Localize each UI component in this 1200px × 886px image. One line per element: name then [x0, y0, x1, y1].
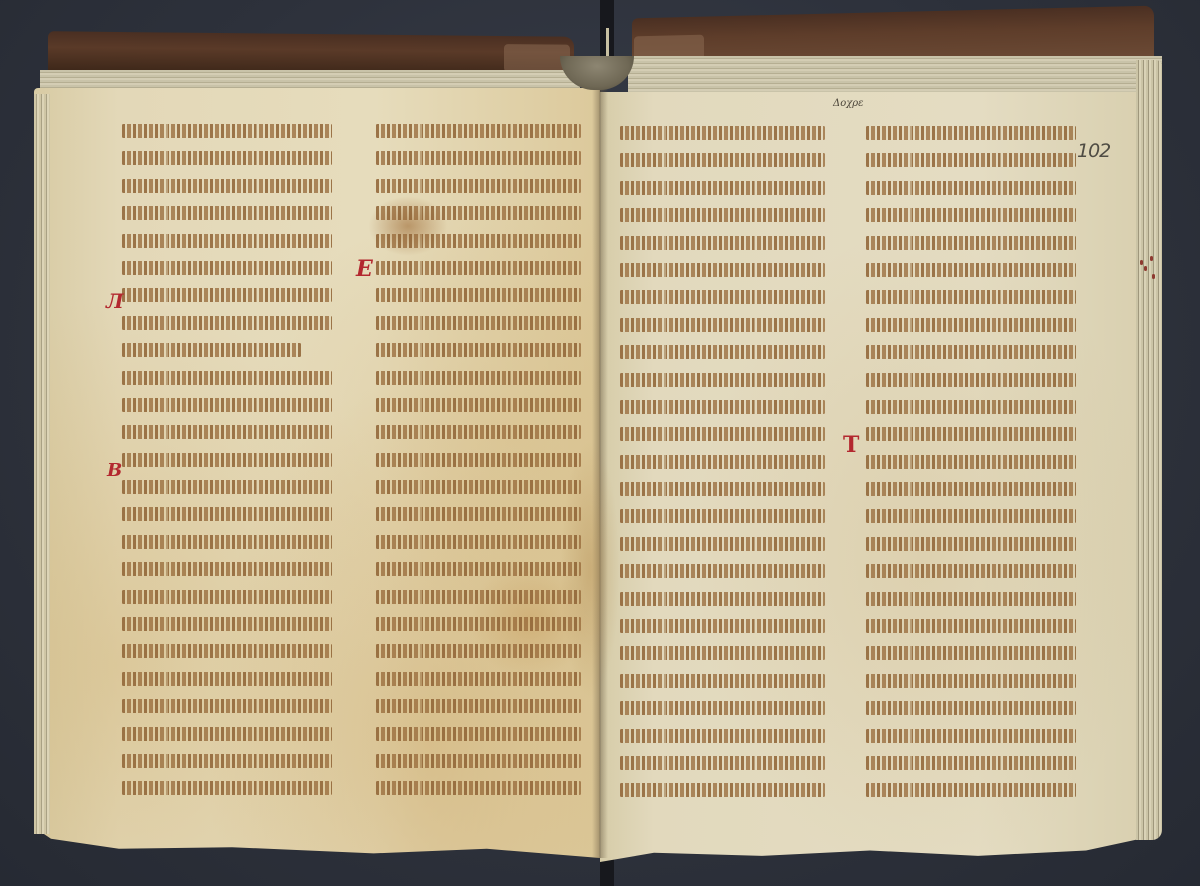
left-page-column-1 — [122, 124, 332, 809]
right-page-column-1 — [620, 126, 825, 811]
folio-number: 102 — [1077, 140, 1110, 162]
fore-edge-right — [1136, 60, 1162, 840]
marginal-annotation: Δοχρε — [833, 98, 864, 109]
page-block-edge-right — [628, 56, 1162, 96]
right-page-column-2 — [866, 126, 1076, 811]
manuscript-photo: Л В Е Т Δοχρε 102 — [0, 0, 1200, 886]
left-page-column-2 — [376, 124, 581, 809]
rubric-initial-l: Л — [106, 289, 124, 313]
rubric-initial-e: Е — [356, 256, 373, 282]
gutter — [592, 88, 608, 858]
rubric-initial-t: Т — [843, 432, 859, 458]
rubric-initial-v: В — [107, 460, 122, 481]
page-stack-left — [34, 94, 50, 834]
